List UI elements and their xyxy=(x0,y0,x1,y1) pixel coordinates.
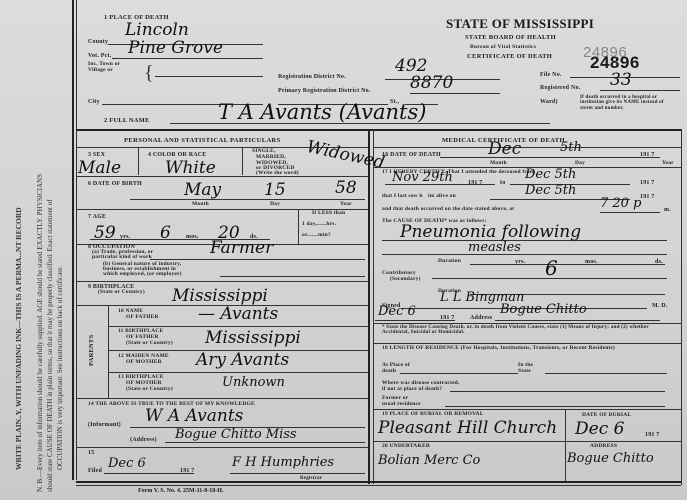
sex-color-divider xyxy=(138,147,139,175)
dod-year-label: Year xyxy=(662,161,674,167)
informant-value: W A Avants xyxy=(145,408,243,425)
inc-town-line xyxy=(155,76,263,77)
dod-month-label: Month xyxy=(490,161,507,167)
dod-label: 16 DATE OF DEATH xyxy=(382,152,441,158)
cause-value-2: measles xyxy=(468,241,521,254)
month-label: Month xyxy=(192,202,209,208)
in-state-label: In the State xyxy=(518,363,546,375)
parents-divider xyxy=(108,305,109,398)
duration-mos: mos. xyxy=(585,259,598,265)
burial-value: Pleasant Hill Church xyxy=(378,420,557,437)
left-margin: WRITE PLAIN..Y, WITH UNFADING INK—THIS I… xyxy=(0,0,70,500)
contributory-line xyxy=(432,278,667,279)
dod-day-label: Day xyxy=(575,161,585,167)
undertaker-value: Bolian Merc Co xyxy=(378,454,480,467)
last-saw-date: Dec 5th xyxy=(525,184,576,197)
dob-label: 6 DATE OF BIRTH xyxy=(88,181,142,187)
address-value: Bogue Chitto Miss xyxy=(175,428,297,441)
county-value: Lincoln xyxy=(125,22,189,39)
bottom-border xyxy=(76,481,681,483)
attended-from-year: 191 7 xyxy=(468,180,483,186)
informant-label: (Informant) xyxy=(88,422,121,428)
row-divider-dob xyxy=(76,176,368,177)
primary-district-value: 8870 xyxy=(410,75,453,92)
ud-address-label: ADDRESS xyxy=(590,444,617,450)
father-name-label-2: OF FATHER xyxy=(126,315,159,321)
duration-value: 6 xyxy=(545,258,558,278)
duration-yrs: yrs. xyxy=(515,259,525,265)
row-divider-informant xyxy=(76,398,368,399)
registered-value: 33 xyxy=(610,72,632,89)
address-label: (Address) xyxy=(130,437,157,443)
burial-date-value: Dec 6 xyxy=(575,421,624,438)
dob-day: 15 xyxy=(264,182,286,199)
signed-address-line xyxy=(495,320,660,321)
in-state-line xyxy=(545,373,667,374)
contracted-label-2: if not at place of death? xyxy=(382,387,442,393)
last-saw-year: 191 7 xyxy=(640,194,655,200)
header-divider xyxy=(76,129,681,131)
vot-value: Pine Grove xyxy=(128,40,223,57)
row-divider-father-bp xyxy=(108,326,368,327)
inc-town-label: Inc. Town or Village or xyxy=(88,62,128,74)
reg-district-label: Registration District No. xyxy=(278,74,346,80)
signed-year: 191 7 xyxy=(440,315,455,321)
row-divider-mother-bp xyxy=(108,372,368,373)
registered-label: Registered No. xyxy=(540,85,580,91)
county-label: County xyxy=(88,39,108,45)
burial-date-label: DATE OF BURIAL xyxy=(582,413,631,419)
less-than-3: or.......min? xyxy=(302,233,331,239)
color-marital-divider xyxy=(242,147,243,175)
frame-right-border xyxy=(681,129,682,485)
last-saw-value: im alive on xyxy=(428,194,456,200)
industry-line xyxy=(220,276,365,277)
cause-line-2 xyxy=(382,254,667,255)
dod-month: Dec xyxy=(488,141,521,158)
row-divider-undertaker xyxy=(373,441,681,442)
year-label: Year xyxy=(340,202,352,208)
father-bp-value: Mississippi xyxy=(205,330,301,347)
margin-instruction-3: OCCUPATION is very important. See instru… xyxy=(56,266,64,470)
attended-from-value: Nov 29th xyxy=(392,171,453,184)
dod-day: 5th xyxy=(560,141,582,154)
duration-label: Duration xyxy=(438,259,461,265)
brace-icon: { xyxy=(144,62,154,85)
md-label: M. D. xyxy=(652,303,668,309)
former-label-2: usual residence xyxy=(382,402,421,408)
dod-line xyxy=(440,157,660,158)
dod-year: 191 7 xyxy=(640,152,655,158)
row-divider-filed xyxy=(76,447,368,448)
frame-left-border-inner xyxy=(76,0,77,480)
duration-line xyxy=(470,264,665,265)
filed-label: Filed xyxy=(88,468,102,474)
vot-line xyxy=(112,58,263,59)
contracted-line xyxy=(450,391,665,392)
ud-address-value: Bogue Chitto xyxy=(567,452,654,465)
at-place-line xyxy=(400,373,518,374)
age-less-divider xyxy=(298,209,299,244)
bureau-title: Bureau of Vital Statistics xyxy=(470,44,536,50)
death-occurred-text: and that death occurred on the date stat… xyxy=(382,207,514,213)
margin-instruction-2: should state CAUSE OF DEATH in plain ter… xyxy=(46,199,54,492)
registered-line xyxy=(600,90,680,91)
industry-label-3: which employed, (or employer) xyxy=(103,272,182,278)
state-title: STATE OF MISSISSIPPI xyxy=(446,16,594,32)
row-divider-residence xyxy=(373,343,681,344)
frame-left-border xyxy=(72,0,74,480)
birthplace-value: Mississippi xyxy=(172,288,268,305)
column-divider xyxy=(368,129,370,484)
ward-label: Ward) xyxy=(540,99,558,105)
row-divider-burial xyxy=(373,409,681,410)
registrar-line xyxy=(230,473,365,474)
duration-ds: ds. xyxy=(655,259,663,265)
signed-address-label: Address xyxy=(470,315,492,321)
former-line xyxy=(445,406,665,407)
burial-date-divider xyxy=(565,409,566,481)
less-than-2: 1 day,......hrs. xyxy=(302,222,336,228)
registrar-value: F H Humphries xyxy=(232,456,334,469)
signed-address-value: Bogue Chitto xyxy=(500,303,587,316)
filed-date: Dec 6 xyxy=(108,457,146,470)
file-no-label: File No. xyxy=(540,72,562,78)
burial-year: 191 7 xyxy=(645,432,660,438)
death-certificate: WRITE PLAIN..Y, WITH UNFADING INK—THIS I… xyxy=(0,0,687,500)
occupation-line xyxy=(150,259,365,260)
board-title: STATE BOARD OF HEALTH xyxy=(465,34,556,41)
form-footer: Form V. S. No. 4. 25M-11-8-18-H. xyxy=(138,488,223,494)
to-label: to xyxy=(500,180,505,186)
filed-number: 15 xyxy=(88,450,94,456)
father-name-value: — Avants xyxy=(198,306,278,323)
hospital-note: If death occurred in a hospital or insti… xyxy=(580,95,670,111)
age-label: 7 AGE xyxy=(88,214,106,220)
full-name-value: T A Avants (Avants) xyxy=(218,102,426,123)
personal-heading: PERSONAL AND STATISTICAL PARTICULARS xyxy=(124,137,281,144)
attended-to-year: 191 7 xyxy=(640,180,655,186)
filed-year: 191 7 xyxy=(180,468,195,474)
column-divider-inner xyxy=(373,129,374,484)
less-than-1: If LESS than xyxy=(312,211,345,217)
row-divider-birthplace xyxy=(76,281,368,282)
margin-instruction-1: N. B.—Every item of information should b… xyxy=(36,174,44,492)
mother-bp-label-3: (State or Country) xyxy=(126,387,173,393)
cause-value-1: Pneumonia following xyxy=(400,224,581,241)
medical-heading-line xyxy=(373,147,681,148)
undertaker-label: 20 UNDERTAKER xyxy=(382,444,430,450)
dob-line xyxy=(130,199,365,200)
day-label: Day xyxy=(270,202,280,208)
full-name-label: 2 FULL NAME xyxy=(104,118,150,125)
bottom-border-inner xyxy=(76,485,681,486)
primary-district-label: Primary Registration District No. xyxy=(278,88,371,94)
dob-month: May xyxy=(184,182,221,199)
death-time-line xyxy=(600,212,660,213)
contributory-label-2: (Secondary) xyxy=(390,277,421,283)
occupation-value: Farmer xyxy=(210,240,273,257)
burial-label: 19 PLACE OF BURIAL OR REMOVAL xyxy=(382,412,484,418)
death-time-value: 7 20 p xyxy=(600,197,641,210)
color-value: White xyxy=(165,160,216,177)
city-label: City xyxy=(88,99,100,105)
footnote: * State the Disease Causing Death, or, i… xyxy=(382,325,672,336)
vot-label: Vot. Pct. xyxy=(88,53,111,59)
mother-name-value: Ary Avants xyxy=(196,352,289,369)
attended-to-value: Dec 5th xyxy=(525,168,576,181)
mother-name-label-2: OF MOTHER xyxy=(126,360,162,366)
primary-district-line xyxy=(410,93,500,94)
margin-instruction-permanent: WRITE PLAIN..Y, WITH UNFADING INK—THIS I… xyxy=(14,207,23,470)
certificate-title: CERTIFICATE OF DEATH xyxy=(467,53,552,60)
mother-bp-value: Unknown xyxy=(222,376,285,389)
parents-label: PARENTS xyxy=(89,335,96,366)
last-saw-text: that I last saw h xyxy=(382,194,423,200)
occupation-label-3: particular kind of work xyxy=(92,255,152,261)
signed-date: Dec 6 xyxy=(378,305,416,318)
sex-value: Male xyxy=(78,160,121,177)
birthplace-label-2: (State or Country) xyxy=(98,290,145,296)
address-line xyxy=(165,442,365,443)
dob-year: 58 xyxy=(335,180,357,197)
residence-heading: 18 LENGTH OF RESIDENCE (For Hospitals, I… xyxy=(382,346,672,352)
father-bp-label-3: (State or Country) xyxy=(126,341,173,347)
m-label: m. xyxy=(664,207,671,213)
